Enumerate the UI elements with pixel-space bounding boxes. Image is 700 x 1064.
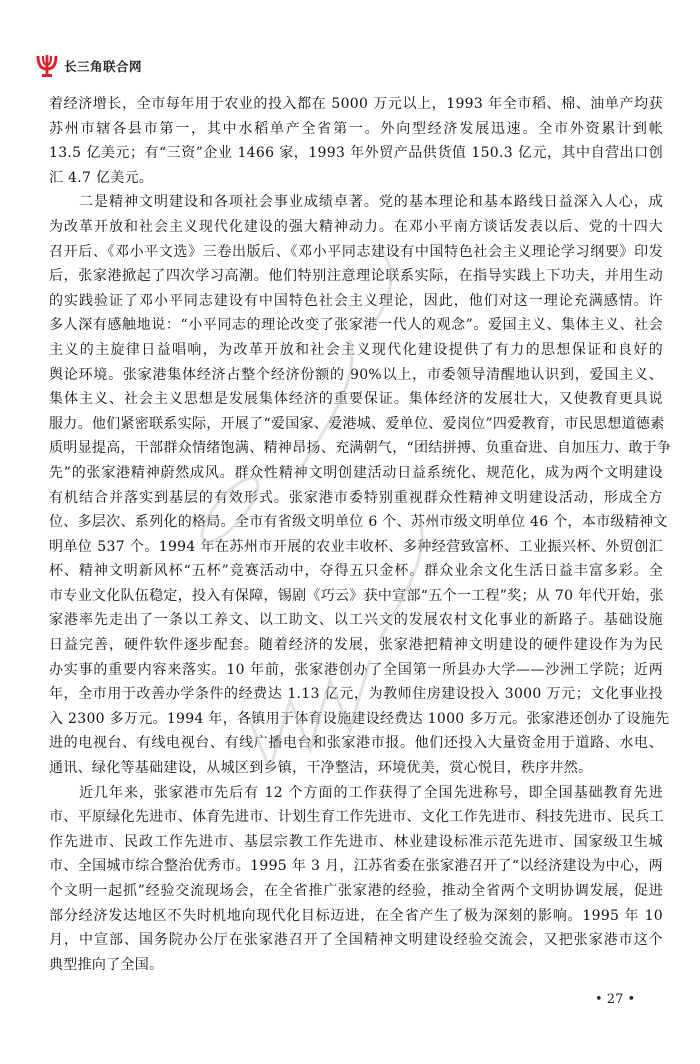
text-line: 服力。他们紧密联系实际，开展了“爱国家、爱港城、爱单位、爱岗位”四爱教育，市民思… xyxy=(49,412,663,437)
text-line: 的实践验证了邓小平同志建设有中国特色社会主义理论，因此，他们对这一理论充满感情。… xyxy=(49,289,663,314)
text-line: 入 2300 多万元。1994 年，各镇用于体育设施建设经费达 1000 多万元… xyxy=(49,707,663,732)
page-number: • 27 • xyxy=(595,992,635,1007)
text-line: 近几年来，张家港市先后有 12 个方面的工作获得了全国先进称号，即全国基础教育先… xyxy=(49,781,663,806)
text-line: 部分经济发达地区不失时机地向现代化目标迈进，在全省产生了极为深刻的影响。1995… xyxy=(49,904,663,929)
text-line: 集体主义、社会主义思想是发展集体经济的重要保证。集体经济的发展壮大，又使教育更具… xyxy=(49,387,663,412)
text-line: 苏州市辖各县市第一，其中水稻单产全省第一。外向型经济发展迅速。全市外资累计到帐 xyxy=(49,117,663,142)
text-line: 家港率先走出了一条以工养文、以工助文、以工兴文的发展农村文化事业的新路子。基础设… xyxy=(49,608,663,633)
text-line: 13.5 亿美元；有“三资”企业 1466 家，1993 年外贸产品供货值 15… xyxy=(49,141,663,166)
text-line: 多人深有感触地说：“小平同志的理论改变了张家港一代人的观念”。爱国主义、集体主义… xyxy=(49,313,663,338)
text-line: 汇 4.7 亿美元。 xyxy=(49,166,663,191)
text-line: 年，全市用于改善办学条件的经费达 1.13 亿元，为教师住房建设投入 3000 … xyxy=(49,682,663,707)
text-line: 着经济增长，全市每年用于农业的投入都在 5000 万元以上，1993 年全市稻、… xyxy=(49,92,663,117)
text-line: 市、全国城市综合整治优秀市。1995 年 3 月，江苏省委在张家港召开了“以经济… xyxy=(49,854,663,879)
text-line: 后，张家港掀起了四次学习高潮。他们特别注意理论联系实际，在指导实践上下功夫，并用… xyxy=(49,264,663,289)
site-name: 长三角联合网 xyxy=(64,57,142,75)
text-line: 日益完善，硬件软件逐步配套。随着经济的发展，张家港把精神文明建设的硬件建设作为为… xyxy=(49,633,663,658)
text-line: 有机结合并落实到基层的有效形式。张家港市委特别重视群众性精神文明建设活动，形成全… xyxy=(49,486,663,511)
text-line: 月，中宣部、国务院办公厅在张家港召开了全国精神文明建设经验交流会，又把张家港市这… xyxy=(49,928,663,953)
text-line: 为改革开放和社会主义现代化建设的强大精神动力。在邓小平南方谈话发表以后、党的十四… xyxy=(49,215,663,240)
text-line: 杯、精神文明新风杯“五杯”竞赛活动中，夺得五只金杯。群众业余文化生活日益丰富多彩… xyxy=(49,559,663,584)
text-line: 质明显提高，干部群众情绪饱满、精神昂扬、充满朝气，“团结拼搏、负重奋进、自加压力… xyxy=(49,436,663,461)
text-line: 通讯、绿化等基础建设，从城区到乡镇，干净整洁，环境优美，赏心悦目，秩序井然。 xyxy=(49,756,663,781)
text-line: 先”的张家港精神蔚然成风。群众性精神文明创建活动日益系统化、规范化，成为两个文明… xyxy=(49,461,663,486)
text-line: 作先进市、民政工作先进市、基层宗教工作先进市、林业建设标准示范先进市、国家级卫生… xyxy=(49,830,663,855)
text-line: 位、多层次、系列化的格局。全市有省级文明单位 6 个、苏州市级文明单位 46 个… xyxy=(49,510,663,535)
text-line: 舆论环境。张家港集体经济占整个经济份额的 90%以上，市委领导清醒地认识到，爱国… xyxy=(49,363,663,388)
site-logo-icon xyxy=(36,53,58,79)
text-line: 市专业文化队伍稳定，投入有保障，锡剧《巧云》获中宣部“五个一工程”奖；从 70 … xyxy=(49,584,663,609)
text-line: 个文明一起抓”经验交流现场会，在全省推广张家港的经验，推动全省两个文明协调发展，… xyxy=(49,879,663,904)
text-line: 主义的主旋律日益唱响，为改革开放和社会主义现代化建设提供了有力的思想保证和良好的 xyxy=(49,338,663,363)
text-line: 办实事的重要内容来落实。10 年前，张家港创办了全国第一所县办大学——沙洲工学院… xyxy=(49,658,663,683)
site-header: 长三角联合网 xyxy=(36,51,142,81)
text-line: 召开后、《邓小平文选》三卷出版后、《邓小平同志建设有中国特色社会主义理论学习纲要… xyxy=(49,240,663,265)
text-line: 二是精神文明建设和各项社会事业成绩卓著。党的基本理论和基本路线日益深入人心，成 xyxy=(49,190,663,215)
text-line: 典型推向了全国。 xyxy=(49,953,663,978)
text-line: 进的电视台、有线电视台、有线广播电台和张家港市报。他们还投入大量资金用于道路、水… xyxy=(49,731,663,756)
text-line: 市、平原绿化先进市、体育先进市、计划生育工作先进市、文化工作先进市、科技先进市、… xyxy=(49,805,663,830)
text-line: 明单位 537 个。1994 年在苏州市开展的农业丰收杯、多种经营致富杯、工业振… xyxy=(49,535,663,560)
article-body: 着经济增长，全市每年用于农业的投入都在 5000 万元以上，1993 年全市稻、… xyxy=(49,92,663,977)
